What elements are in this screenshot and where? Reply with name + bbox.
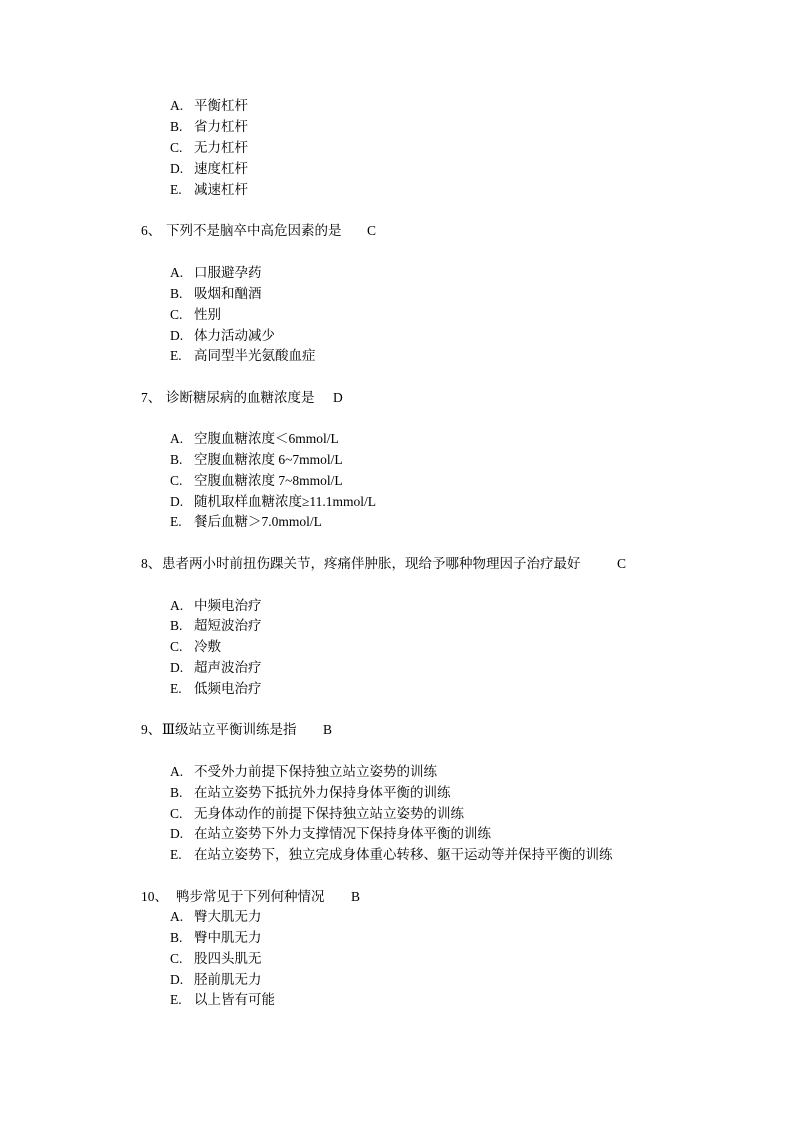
question-answer: D	[333, 389, 343, 407]
option-letter: A.	[170, 763, 183, 781]
option-letter: E.	[170, 991, 182, 1009]
option-text: 在站立姿势下外力支撑情况下保持身体平衡的训练	[194, 825, 491, 843]
option-letter: C.	[170, 638, 182, 656]
option-text: 空腹血糖浓度 7~8mmol/L	[194, 472, 343, 490]
option-text: 随机取样血糖浓度≥11.1mmol/L	[194, 493, 376, 511]
option-text: 冷敷	[194, 638, 221, 656]
option-text: 超短波治疗	[194, 617, 262, 635]
option-letter: C.	[170, 306, 182, 324]
option-letter: E.	[170, 181, 182, 199]
option-letter: C.	[170, 950, 182, 968]
option-text: 餐后血糖＞7.0mmol/L	[194, 513, 322, 531]
option-letter: B.	[170, 285, 182, 303]
option-letter: B.	[170, 451, 182, 469]
option-text: 胫前肌无力	[194, 971, 262, 989]
option-text: 臀中肌无力	[194, 929, 262, 947]
option-text: 超声波治疗	[194, 659, 262, 677]
option-text: 速度杠杆	[194, 160, 248, 178]
option-text: 高同型半光氨酸血症	[194, 347, 316, 365]
option-letter: D.	[170, 659, 183, 677]
option-text: 中频电治疗	[194, 597, 262, 615]
option-text: 吸烟和酗酒	[194, 285, 262, 303]
option-letter: C.	[170, 139, 182, 157]
option-text: 无力杠杆	[194, 139, 248, 157]
option-letter: B.	[170, 617, 182, 635]
option-letter: C.	[170, 472, 182, 490]
option-letter: E.	[170, 680, 182, 698]
option-letter: A.	[170, 908, 183, 926]
option-letter: D.	[170, 825, 183, 843]
question-answer: B	[323, 721, 332, 739]
option-letter: B.	[170, 784, 182, 802]
option-letter: D.	[170, 160, 183, 178]
option-text: 臀大肌无力	[194, 908, 262, 926]
option-letter: D.	[170, 493, 183, 511]
question-number: 6、	[141, 222, 161, 240]
question-text: 鸭步常见于下列何种情况	[176, 888, 325, 906]
option-letter: A.	[170, 430, 183, 448]
option-letter: E.	[170, 846, 182, 864]
option-text: 低频电治疗	[194, 680, 262, 698]
option-letter: E.	[170, 513, 182, 531]
option-letter: D.	[170, 327, 183, 345]
option-letter: D.	[170, 971, 183, 989]
option-letter: E.	[170, 347, 182, 365]
option-letter: A.	[170, 97, 183, 115]
question-text: 下列不是脑卒中高危因素的是	[166, 222, 342, 240]
option-text: 省力杠杆	[194, 118, 248, 136]
option-letter: B.	[170, 929, 182, 947]
option-letter: C.	[170, 805, 182, 823]
option-text: 平衡杠杆	[194, 97, 248, 115]
question-text: 诊断糖尿病的血糖浓度是	[166, 389, 315, 407]
option-text: 股四头肌无	[194, 950, 262, 968]
question-text: 患者两小时前扭伤踝关节，疼痛伴肿胀，现给予哪种物理因子治疗最好	[162, 555, 581, 573]
option-text: 不受外力前提下保持独立站立姿势的训练	[194, 763, 437, 781]
question-number: 10、	[141, 888, 168, 906]
option-text: 口服避孕药	[194, 264, 262, 282]
option-letter: B.	[170, 118, 182, 136]
question-number: 8、	[141, 555, 161, 573]
question-answer: C	[617, 555, 626, 573]
question-number: 7、	[141, 389, 161, 407]
question-answer: B	[351, 888, 360, 906]
option-text: 体力活动减少	[194, 327, 275, 345]
option-letter: A.	[170, 264, 183, 282]
question-text: Ⅲ级站立平衡训练是指	[162, 721, 297, 739]
option-text: 在站立姿势下抵抗外力保持身体平衡的训练	[194, 784, 451, 802]
option-text: 以上皆有可能	[194, 991, 275, 1009]
option-text: 空腹血糖浓度 6~7mmol/L	[194, 451, 343, 469]
option-text: 在站立姿势下，独立完成身体重心转移、躯干运动等并保持平衡的训练	[194, 846, 613, 864]
option-text: 空腹血糖浓度＜6mmol/L	[194, 430, 339, 448]
question-answer: C	[367, 222, 376, 240]
option-letter: A.	[170, 597, 183, 615]
option-text: 性别	[194, 306, 221, 324]
question-number: 9、	[141, 721, 161, 739]
option-text: 无身体动作的前提下保持独立站立姿势的训练	[194, 805, 464, 823]
option-text: 减速杠杆	[194, 181, 248, 199]
